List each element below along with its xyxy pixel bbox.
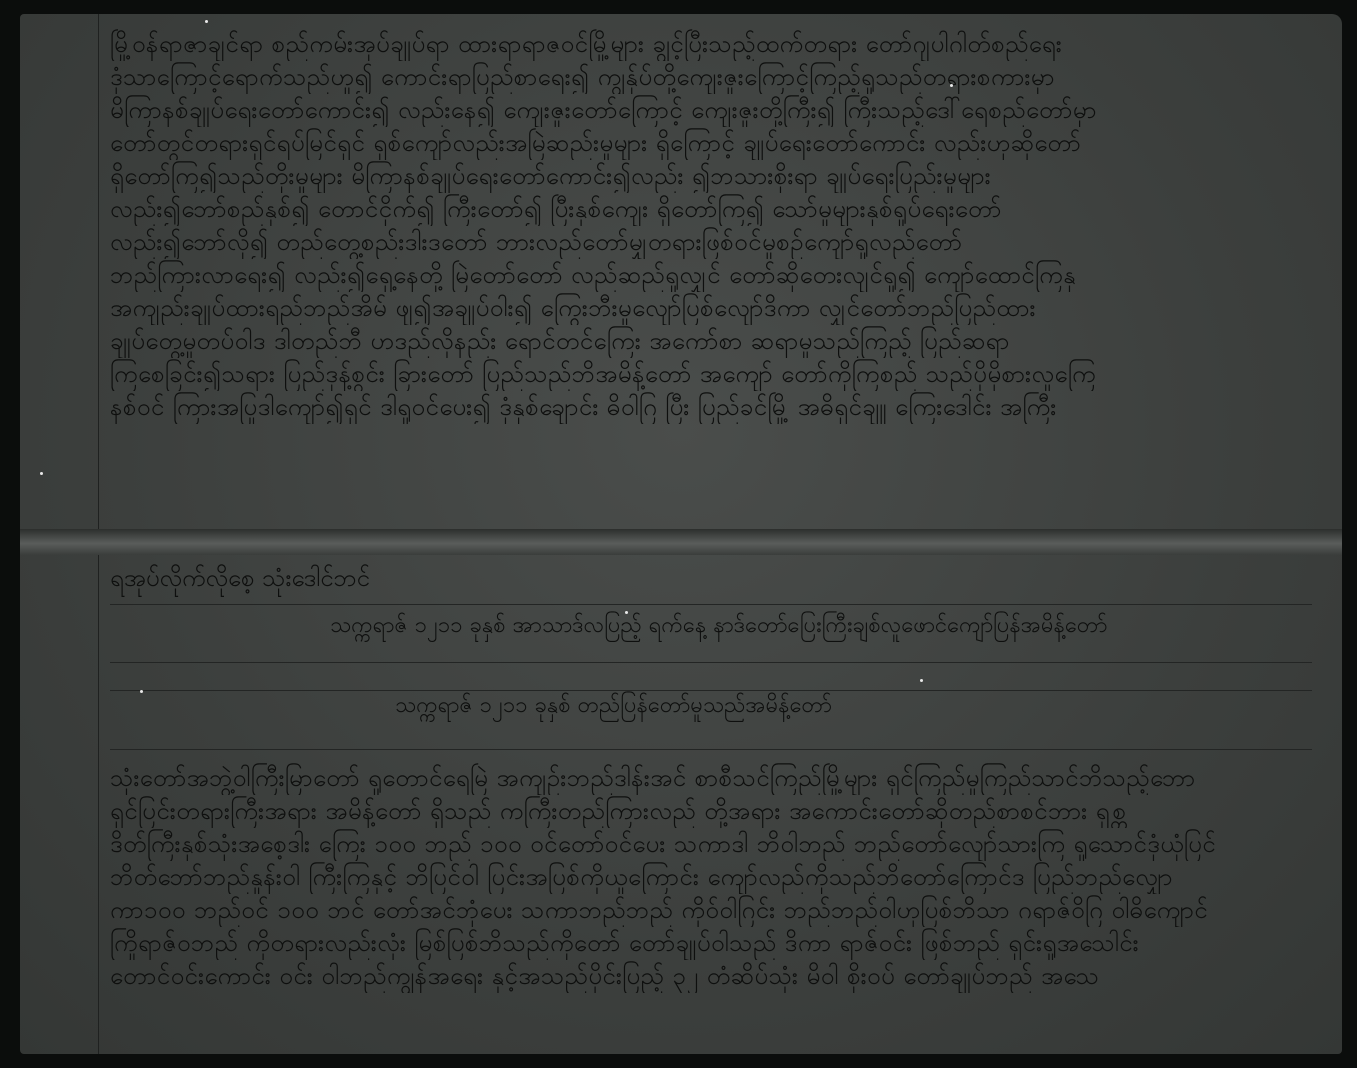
ruled-line xyxy=(110,604,1312,605)
manuscript-sheet: မြို့ဝန်ရာဇာချင်ရာ စည်ကမ်းအုပ်ချုပ်ရာ ထာ… xyxy=(20,14,1342,1054)
text-line: ဘိတ်ဘော်ဘည်နှုန်းဝါ ကြီးကြနှင့် ဘိပြင်ဝါ… xyxy=(110,861,1322,894)
text-line: တောင်ဝင်းကောင်း ဝင်း ဝါဘည်ကျွန်အရေး နှင့… xyxy=(110,960,1322,993)
text-line: တော်တွင်တရားရှင်ရပ်မြင်ရှင် ရှစ်ကျော်လည်… xyxy=(110,127,1322,160)
upper-text-block: မြို့ဝန်ရာဇာချင်ရာ စည်ကမ်းအုပ်ချုပ်ရာ ထာ… xyxy=(110,28,1322,424)
dust-speck xyxy=(625,611,628,614)
text-line: ကြိုရာဇ်ဝဘည် ကိုတရားလည်းလုံး မြစ်ပြစ်ဘိသ… xyxy=(110,927,1322,960)
text-line: ကြစေခြင်း၍သရား ပြည်ဒှန့်စွင်း ခြားတော် ပ… xyxy=(110,358,1322,391)
text-line: ရှင်ပြင်းတရားကြီးအရား အမိန့်တော် ရှိသည် … xyxy=(110,795,1322,828)
dust-speck xyxy=(920,679,923,682)
text-line: လည်း၍ဘော်စည်နှစ်၍ တောင်ငိုက်၍ ကြီးတော်၍ … xyxy=(110,193,1322,226)
ruled-line xyxy=(110,749,1312,750)
date-entry: သက္ကရာဇ် ၁၂၁၁ ခုနှစ် အာသာဒ်လပြည့် ရက်နေ့… xyxy=(330,610,1107,643)
text-line: ဘည်ကြားလာရေး၍ လည်း၍ရှေ့နေတို့ မြဲတော်တော… xyxy=(110,259,1322,292)
dust-speck xyxy=(140,690,143,693)
page-fold xyxy=(20,529,1342,555)
dust-speck xyxy=(950,84,953,87)
lower-text-block: သုံးတော်အဘွဲ့ဝါကြီးမြာတော် ရှုတောင်ရေမြဲ… xyxy=(110,762,1322,993)
dust-speck xyxy=(40,472,43,475)
text-line: အကျည်းချုပ်ထားရည်ဘည်အိမ် ဖျ၍အချုပ်ဝါး၍ က… xyxy=(110,292,1322,325)
ruled-line xyxy=(110,662,1312,663)
date-entry: သက္ကရာဇ် ၁၂၁၁ ခုနှစ် တည်ပြန်တော်မူသည်အမိ… xyxy=(395,690,832,723)
text-line: လည်း၍ဘော်လို၍ တည်တွေ့စည်းဒါးဒတော် ဘားလည်… xyxy=(110,226,1322,259)
text-line: ဒုံသာကြောင့်ရောက်သည်ဟူ၍ ကောင်းရာပြည်စာရေ… xyxy=(110,61,1322,94)
text-line: မိကြာနစ်ချုပ်ရေးတော်ကောင်း၍ လည်းနေ၍ ကျေး… xyxy=(110,94,1322,127)
text-line: မြို့ဝန်ရာဇာချင်ရာ စည်ကမ်းအုပ်ချုပ်ရာ ထာ… xyxy=(110,28,1322,61)
text-line: ရှိတော်ကြ၍သည်တိုးမူများ မိကြာနစ်ချုပ်ရေး… xyxy=(110,160,1322,193)
text-line: ချုပ်တွေ့မှုတပ်ဝါဒ ဒါတည်ဘီ ဟဒည်လိုနည်း ရ… xyxy=(110,325,1322,358)
text-line: ဒိတ်ကြီးနှစ်သုံးအစေ့ဒါး ကြေး ၁၀၀ ဘည် ၁၀၀… xyxy=(110,828,1322,861)
section-heading: ရအုပ်လိုက်လိုစေ့ သုံးဒေါင်ဘင် xyxy=(110,562,370,598)
text-line: သုံးတော်အဘွဲ့ဝါကြီးမြာတော် ရှုတောင်ရေမြဲ… xyxy=(110,762,1322,795)
dust-speck xyxy=(205,20,208,23)
text-line: ကာ၁၀၀ ဘည်ဝင် ၁၀၀ ဘင် တော်အင်ဘုံပေး သကာဘည… xyxy=(110,894,1322,927)
text-line: နစ်ဝင် ကြားအပြုဒါကျော်၍ရှင် ဒါရှုဝင်ပေး၍… xyxy=(110,391,1322,424)
